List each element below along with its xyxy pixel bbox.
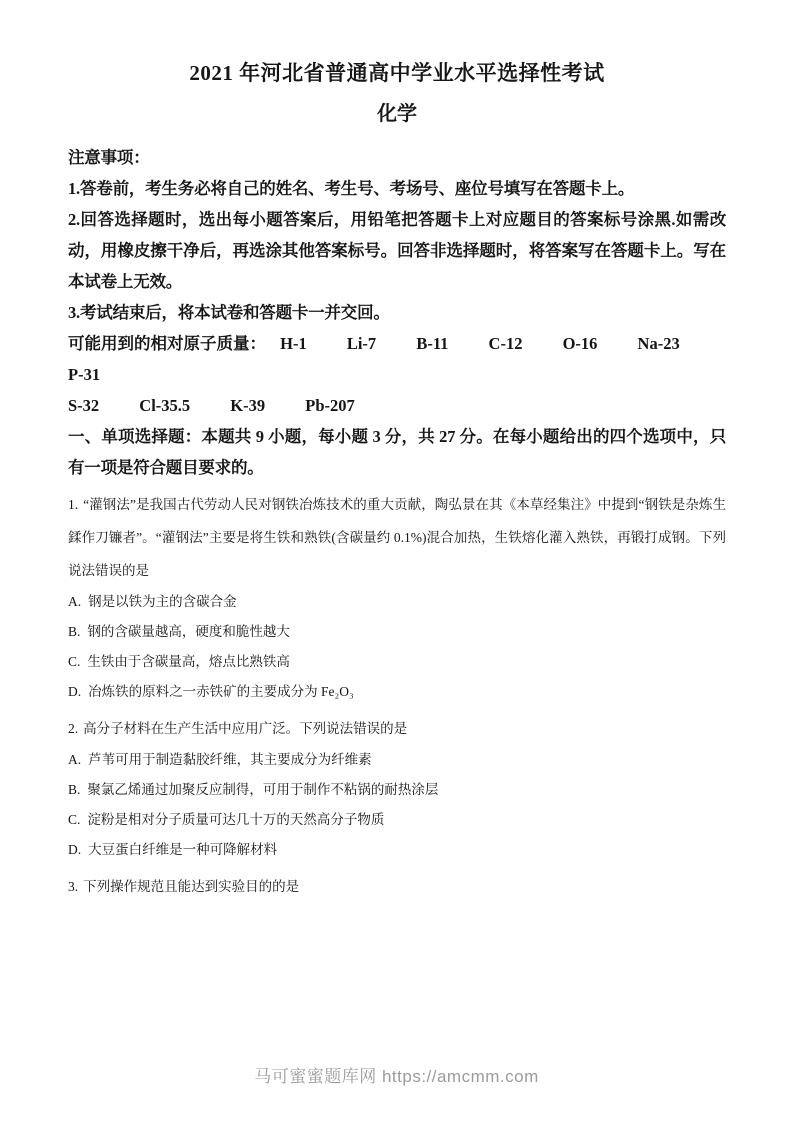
question-number: 3. <box>68 879 78 894</box>
atomic-mass-value: Pb-207 <box>305 390 355 421</box>
question-2-option-b: B.聚氯乙烯通过加聚反应制得，可用于制作不粘锅的耐热涂层 <box>68 775 726 805</box>
atomic-mass-value: K-39 <box>230 390 265 421</box>
option-label: B. <box>68 782 80 797</box>
option-label: A. <box>68 594 81 609</box>
question-2: 2.高分子材料在生产生活中应用广泛。下列说法错误的是 A.芦苇可用于制造黏胶纤维… <box>68 712 726 865</box>
question-stem-text: “灌钢法”是我国古代劳动人民对钢铁冶炼技术的重大贡献，陶弘景在其《本草经集注》中… <box>68 497 726 578</box>
question-1-option-b: B.钢的含碳量越高，硬度和脆性越大 <box>68 617 726 647</box>
option-text: 钢的含碳量越高，硬度和脆性越大 <box>87 624 290 639</box>
atomic-mass-value: P-31 <box>68 359 100 390</box>
option-text: 聚氯乙烯通过加聚反应制得，可用于制作不粘锅的耐热涂层 <box>87 782 438 797</box>
atomic-mass-value: Cl-35.5 <box>139 390 190 421</box>
option-text: 生铁由于含碳量高，熔点比熟铁高 <box>87 654 290 669</box>
atomic-mass-value: H-1 <box>280 328 307 359</box>
question-stem-text: 高分子材料在生产生活中应用广泛。下列说法错误的是 <box>83 721 407 736</box>
question-2-option-a: A.芦苇可用于制造黏胶纤维，其主要成分为纤维素 <box>68 745 726 775</box>
question-number: 1. <box>68 497 78 512</box>
atomic-mass-value: Li-7 <box>347 328 376 359</box>
question-3: 3.下列操作规范且能达到实验目的的是 <box>68 870 726 903</box>
option-text: 冶炼铁的原料之一赤铁矿的主要成分为 Fe₂O₃ <box>88 684 354 699</box>
watermark-footer: 马可蜜蜜题库网 https://amcmm.com <box>0 1062 793 1092</box>
option-text: 芦苇可用于制造黏胶纤维，其主要成分为纤维素 <box>88 752 372 767</box>
question-stem-text: 下列操作规范且能达到实验目的的是 <box>83 879 299 894</box>
notice-item-2: 2.回答选择题时，选出每小题答案后，用铅笔把答题卡上对应题目的答案标号涂黑.如需… <box>68 204 726 297</box>
question-2-option-d: D.大豆蛋白纤维是一种可降解材料 <box>68 835 726 865</box>
question-2-stem: 2.高分子材料在生产生活中应用广泛。下列说法错误的是 <box>68 712 726 745</box>
question-2-option-c: C.淀粉是相对分子质量可达几十万的天然高分子物质 <box>68 805 726 835</box>
option-label: D. <box>68 684 81 699</box>
question-1: 1.“灌钢法”是我国古代劳动人民对钢铁冶炼技术的重大贡献，陶弘景在其《本草经集注… <box>68 488 726 707</box>
option-text: 钢是以铁为主的含碳合金 <box>88 594 237 609</box>
option-label: D. <box>68 842 81 857</box>
atomic-mass-value: O-16 <box>563 328 598 359</box>
option-text: 淀粉是相对分子质量可达几十万的天然高分子物质 <box>87 812 384 827</box>
question-1-stem: 1.“灌钢法”是我国古代劳动人民对钢铁冶炼技术的重大贡献，陶弘景在其《本草经集注… <box>68 488 726 587</box>
question-1-option-a: A.钢是以铁为主的含碳合金 <box>68 587 726 617</box>
question-3-stem: 3.下列操作规范且能达到实验目的的是 <box>68 870 726 903</box>
question-number: 2. <box>68 721 78 736</box>
option-label: A. <box>68 752 81 767</box>
option-text: 大豆蛋白纤维是一种可降解材料 <box>88 842 277 857</box>
atomic-mass-value: B-11 <box>416 328 448 359</box>
option-label: B. <box>68 624 80 639</box>
section-heading: 一、单项选择题：本题共 9 小题，每小题 3 分，共 27 分。在每小题给出的四… <box>68 421 726 483</box>
atomic-mass-value: C-12 <box>489 328 523 359</box>
notice-section: 注意事项： 1.答卷前，考生务必将自己的姓名、考生号、考场号、座位号填写在答题卡… <box>68 142 726 328</box>
option-label: C. <box>68 654 80 669</box>
exam-paper-page: 2021 年河北省普通高中学业水平选择性考试 化学 注意事项： 1.答卷前，考生… <box>0 0 793 1122</box>
notice-item-1: 1.答卷前，考生务必将自己的姓名、考生号、考场号、座位号填写在答题卡上。 <box>68 173 726 204</box>
exam-subject: 化学 <box>68 100 726 128</box>
atomic-masses-line-2: S-32 Cl-35.5 K-39 Pb-207 <box>68 390 726 421</box>
option-label: C. <box>68 812 80 827</box>
exam-title: 2021 年河北省普通高中学业水平选择性考试 <box>68 58 726 88</box>
atomic-masses-label: 可能用到的相对原子质量： <box>68 334 266 353</box>
atomic-masses-line-1: 可能用到的相对原子质量： H-1 Li-7 B-11 C-12 O-16 Na-… <box>68 328 726 390</box>
notice-heading: 注意事项： <box>68 142 726 173</box>
page-content: 2021 年河北省普通高中学业水平选择性考试 化学 注意事项： 1.答卷前，考生… <box>0 0 793 903</box>
atomic-mass-value: Na-23 <box>638 328 680 359</box>
question-1-option-c: C.生铁由于含碳量高，熔点比熟铁高 <box>68 647 726 677</box>
question-1-option-d: D.冶炼铁的原料之一赤铁矿的主要成分为 Fe₂O₃ <box>68 677 726 707</box>
notice-item-3: 3.考试结束后，将本试卷和答题卡一并交回。 <box>68 297 726 328</box>
atomic-mass-value: S-32 <box>68 390 99 421</box>
